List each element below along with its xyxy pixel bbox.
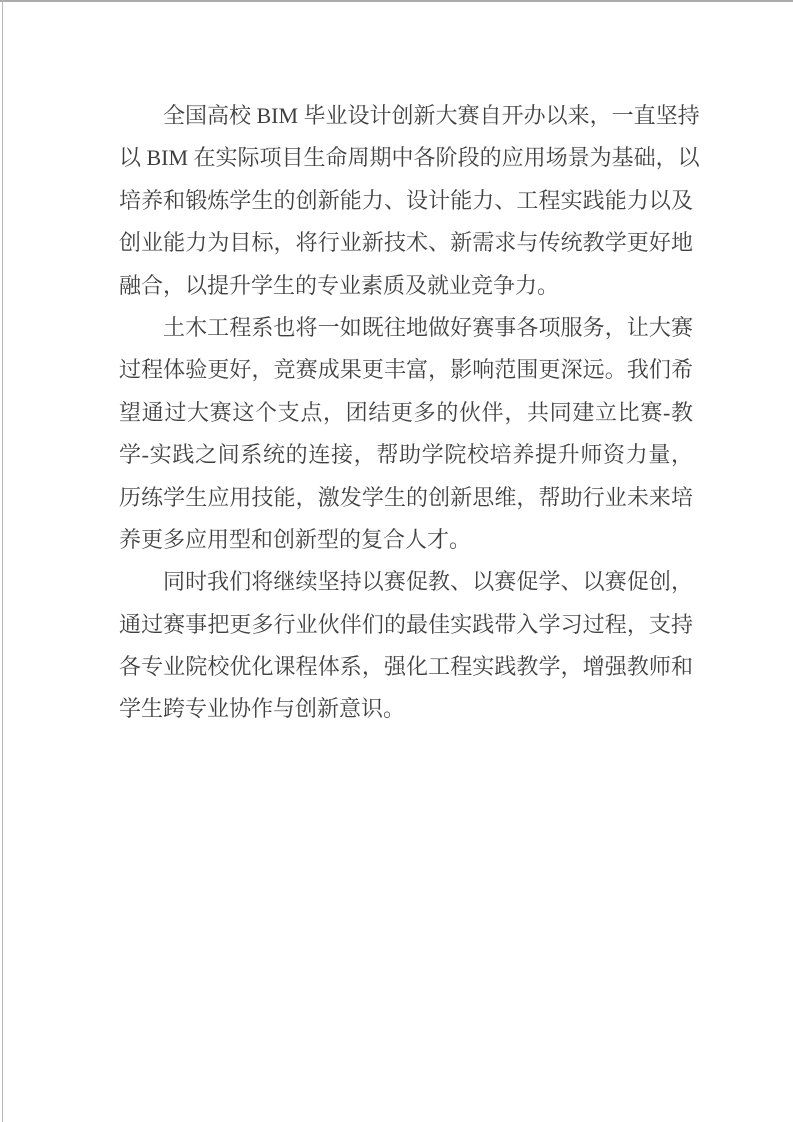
paragraph-2: 土木工程系也将一如既往地做好赛事各项服务，让大赛 过程体验更好，竞赛成果更丰富，… (119, 307, 693, 561)
text-line: 学生跨专业协作与创新意识。 (119, 688, 693, 730)
text-line: 各专业院校优化课程体系，强化工程实践教学，增强教师和 (119, 646, 693, 688)
page-left-edge-line (2, 0, 3, 1122)
text-line: 望通过大赛这个支点，团结更多的伙伴，共同建立比赛-教 (119, 392, 693, 434)
text-line: 全国高校 BIM 毕业设计创新大赛自开办以来，一直坚持 (119, 95, 693, 137)
text-line: 过程体验更好，竞赛成果更丰富，影响范围更深远。我们希 (119, 349, 693, 391)
text-line: 通过赛事把更多行业伙伴们的最佳实践带入学习过程，支持 (119, 604, 693, 646)
text-line: 历练学生应用技能，激发学生的创新思维，帮助行业未来培 (119, 477, 693, 519)
text-line: 同时我们将继续坚持以赛促教、以赛促学、以赛促创， (119, 561, 693, 603)
page-top-edge-line (0, 0, 793, 2)
document-text-block: 全国高校 BIM 毕业设计创新大赛自开办以来，一直坚持 以 BIM 在实际项目生… (119, 95, 693, 731)
text-line: 学-实践之间系统的连接，帮助学院校培养提升师资力量， (119, 434, 693, 476)
paragraph-1: 全国高校 BIM 毕业设计创新大赛自开办以来，一直坚持 以 BIM 在实际项目生… (119, 95, 693, 307)
paragraph-3: 同时我们将继续坚持以赛促教、以赛促学、以赛促创， 通过赛事把更多行业伙伴们的最佳… (119, 561, 693, 731)
text-line: 融合，以提升学生的专业素质及就业竞争力。 (119, 265, 693, 307)
text-line: 培养和锻炼学生的创新能力、设计能力、工程实践能力以及 (119, 180, 693, 222)
text-line: 土木工程系也将一如既往地做好赛事各项服务，让大赛 (119, 307, 693, 349)
text-line: 以 BIM 在实际项目生命周期中各阶段的应用场景为基础，以 (119, 137, 693, 179)
document-page: 全国高校 BIM 毕业设计创新大赛自开办以来，一直坚持 以 BIM 在实际项目生… (0, 0, 793, 1122)
text-line: 养更多应用型和创新型的复合人才。 (119, 519, 693, 561)
text-line: 创业能力为目标，将行业新技术、新需求与传统教学更好地 (119, 222, 693, 264)
